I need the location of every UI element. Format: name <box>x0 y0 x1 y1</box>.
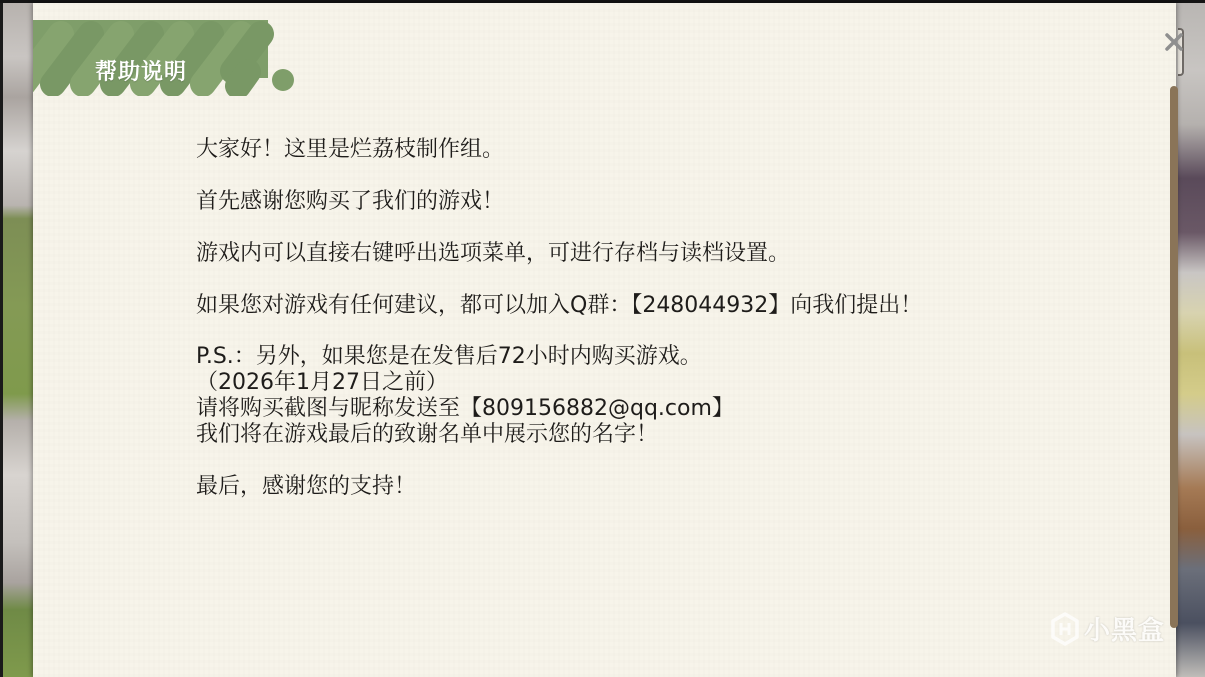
text-line: 首先感谢您购买了我们的游戏！ <box>196 188 1096 215</box>
dialog-header-ribbon: 帮助说明 <box>33 16 298 96</box>
text-line: 大家好！这里是烂荔枝制作组。 <box>196 136 1096 163</box>
text-line: 我们将在游戏最后的致谢名单中展示您的名字！ <box>196 422 1096 448</box>
text-line: 最后，感谢您的支持！ <box>196 473 1096 500</box>
paragraph-menu-tip: 游戏内可以直接右键呼出选项菜单，可进行存档与读档设置。 <box>196 240 1096 267</box>
heybox-logo-icon <box>1050 612 1080 646</box>
text-line: 如果您对游戏有任何建议，都可以加入Q群：【248044932】向我们提出！ <box>196 292 1096 319</box>
watermark: 小黑盒 <box>1050 610 1165 647</box>
help-content: 大家好！这里是烂荔枝制作组。 首先感谢您购买了我们的游戏！ 游戏内可以直接右键呼… <box>196 136 1096 525</box>
close-button[interactable] <box>1161 29 1187 55</box>
dialog-title: 帮助说明 <box>95 55 187 86</box>
watermark-text: 小黑盒 <box>1084 610 1165 647</box>
text-line: P.S.：另外，如果您是在发售后72小时内购买游戏。 <box>196 344 1096 370</box>
paragraph-qq-group: 如果您对游戏有任何建议，都可以加入Q群：【248044932】向我们提出！ <box>196 292 1096 319</box>
paragraph-thanks: 首先感谢您购买了我们的游戏！ <box>196 188 1096 215</box>
text-line: 游戏内可以直接右键呼出选项菜单，可进行存档与读档设置。 <box>196 240 1096 267</box>
scrollbar-track[interactable] <box>1170 86 1178 628</box>
game-screen: 帮助说明 大家好！这里是烂荔枝制作组。 首先感谢您购买了我们的游戏！ 游戏内可以… <box>0 0 1205 677</box>
paragraph-greeting: 大家好！这里是烂荔枝制作组。 <box>196 136 1096 163</box>
scrollbar-thumb[interactable] <box>1170 86 1178 628</box>
close-icon <box>1161 29 1187 55</box>
background-art-right <box>1176 3 1205 677</box>
text-line: （2026年1月27日之前） <box>196 370 1096 396</box>
paragraph-closing: 最后，感谢您的支持！ <box>196 473 1096 500</box>
text-line: 请将购买截图与昵称发送至【809156882@qq.com】 <box>196 396 1096 422</box>
paragraph-ps-credits: P.S.：另外，如果您是在发售后72小时内购买游戏。 （2026年1月27日之前… <box>196 344 1096 448</box>
background-art-left <box>3 3 33 677</box>
